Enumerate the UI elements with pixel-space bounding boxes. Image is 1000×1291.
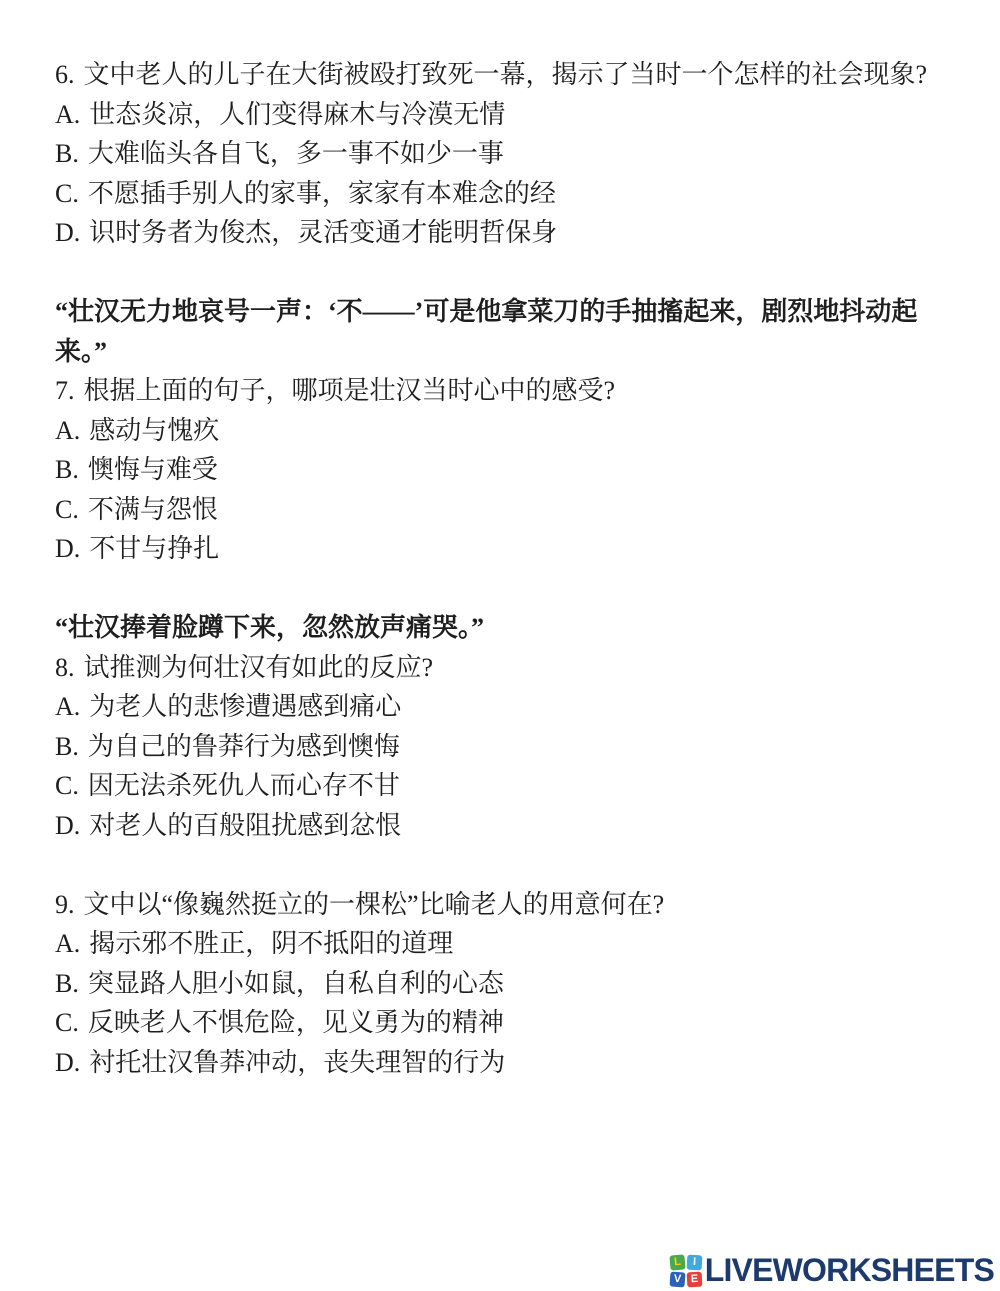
option-b-label: B.: [55, 455, 79, 484]
option-a-label: A.: [55, 416, 80, 445]
option-b-label: B.: [55, 969, 79, 998]
question-7: 7.根据上面的句子，哪项是壮汉当时心中的感受? A.感动与愧疚 B.懊悔与难受 …: [55, 371, 942, 569]
question-7-text: 根据上面的句子，哪项是壮汉当时心中的感受?: [84, 376, 616, 405]
question-9-number: 9.: [55, 890, 75, 919]
option-a-label: A.: [55, 692, 80, 721]
quote-1-text: “壮汉无力地哀号一声：‘不——’可是他拿菜刀的手抽搐起来，剧烈地抖动起来。”: [55, 292, 942, 371]
option-c-label: C.: [55, 179, 79, 208]
question-6-number: 6.: [55, 60, 75, 89]
option-d-label: D.: [55, 218, 80, 247]
question-6-option-b: B.大难临头各自飞，多一事不如少一事: [55, 134, 942, 174]
option-b-text: 大难临头各自飞，多一事不如少一事: [88, 139, 504, 168]
question-6-prompt: 6.文中老人的儿子在大街被殴打致死一幕，揭示了当时一个怎样的社会现象?: [55, 55, 942, 95]
option-b-text: 懊悔与难受: [88, 455, 218, 484]
option-c-label: C.: [55, 771, 79, 800]
question-7-option-a: A.感动与愧疚: [55, 411, 942, 451]
quote-2-text: “壮汉捧着脸蹲下来，忽然放声痛哭。”: [55, 608, 942, 648]
question-9: 9.文中以“像巍然挺立的一棵松”比喻老人的用意何在? A.揭示邪不胜正，阴不抵阳…: [55, 885, 942, 1083]
option-b-label: B.: [55, 139, 79, 168]
option-a-text: 揭示邪不胜正，阴不抵阳的道理: [89, 929, 453, 958]
option-c-text: 反映老人不惧危险，见义勇为的精神: [88, 1008, 504, 1037]
logo-tile-i: I: [686, 1254, 702, 1270]
option-b-label: B.: [55, 732, 79, 761]
question-8-text: 试推测为何壮汉有如此的反应?: [84, 653, 434, 682]
question-9-prompt: 9.文中以“像巍然挺立的一棵松”比喻老人的用意何在?: [55, 885, 942, 925]
question-6-option-d: D.识时务者为俊杰，灵活变通才能明哲保身: [55, 213, 942, 253]
question-6-option-a: A.世态炎凉，人们变得麻木与冷漠无情: [55, 95, 942, 135]
option-d-text: 不甘与挣扎: [89, 534, 219, 563]
question-6-text: 文中老人的儿子在大街被殴打致死一幕，揭示了当时一个怎样的社会现象?: [84, 60, 928, 89]
option-b-text: 突显路人胆小如鼠，自私自利的心态: [88, 969, 504, 998]
question-7-option-c: C.不满与怨恨: [55, 490, 942, 530]
option-d-label: D.: [55, 534, 80, 563]
option-d-text: 对老人的百般阻扰感到忿恨: [89, 811, 401, 840]
question-8-option-c: C.因无法杀死仇人而心存不甘: [55, 766, 942, 806]
option-a-text: 世态炎凉，人们变得麻木与冷漠无情: [89, 100, 505, 129]
question-6-option-c: C.不愿插手别人的家事，家家有本难念的经: [55, 174, 942, 214]
option-a-text: 感动与愧疚: [89, 416, 219, 445]
option-b-text: 为自己的鲁莽行为感到懊悔: [88, 732, 400, 761]
quote-passage-1: “壮汉无力地哀号一声：‘不——’可是他拿菜刀的手抽搐起来，剧烈地抖动起来。”: [55, 292, 942, 371]
question-7-prompt: 7.根据上面的句子，哪项是壮汉当时心中的感受?: [55, 371, 942, 411]
option-d-text: 识时务者为俊杰，灵活变通才能明哲保身: [89, 218, 557, 247]
question-8-prompt: 8.试推测为何壮汉有如此的反应?: [55, 648, 942, 688]
option-a-text: 为老人的悲惨遭遇感到痛心: [89, 692, 401, 721]
option-c-text: 因无法杀死仇人而心存不甘: [88, 771, 400, 800]
question-8-option-a: A.为老人的悲惨遭遇感到痛心: [55, 687, 942, 727]
question-7-option-d: D.不甘与挣扎: [55, 529, 942, 569]
question-9-text: 文中以“像巍然挺立的一棵松”比喻老人的用意何在?: [84, 890, 665, 919]
quote-passage-2: “壮汉捧着脸蹲下来，忽然放声痛哭。”: [55, 608, 942, 648]
question-9-option-b: B.突显路人胆小如鼠，自私自利的心态: [55, 964, 942, 1004]
question-8-number: 8.: [55, 653, 75, 682]
logo-tile-l: L: [669, 1254, 685, 1270]
option-d-label: D.: [55, 811, 80, 840]
question-7-option-b: B.懊悔与难受: [55, 450, 942, 490]
option-a-label: A.: [55, 929, 80, 958]
option-a-label: A.: [55, 100, 80, 129]
question-8-option-d: D.对老人的百般阻扰感到忿恨: [55, 806, 942, 846]
question-6: 6.文中老人的儿子在大街被殴打致死一幕，揭示了当时一个怎样的社会现象? A.世态…: [55, 55, 942, 253]
liveworksheets-logo[interactable]: L I V E LIVEWORKSHEETS: [670, 1252, 994, 1289]
logo-tile-v: V: [669, 1271, 685, 1287]
liveworksheets-wordmark: LIVEWORKSHEETS: [705, 1252, 994, 1289]
option-d-label: D.: [55, 1048, 80, 1077]
option-c-label: C.: [55, 495, 79, 524]
question-9-option-d: D.衬托壮汉鲁莽冲动，丧失理智的行为: [55, 1043, 942, 1083]
option-c-text: 不愿插手别人的家事，家家有本难念的经: [88, 179, 556, 208]
question-9-option-a: A.揭示邪不胜正，阴不抵阳的道理: [55, 924, 942, 964]
question-7-number: 7.: [55, 376, 75, 405]
liveworksheets-logo-icon: L I V E: [670, 1255, 702, 1287]
question-9-option-c: C.反映老人不惧危险，见义勇为的精神: [55, 1003, 942, 1043]
option-d-text: 衬托壮汉鲁莽冲动，丧失理智的行为: [89, 1048, 505, 1077]
option-c-text: 不满与怨恨: [88, 495, 218, 524]
option-c-label: C.: [55, 1008, 79, 1037]
question-8-option-b: B.为自己的鲁莽行为感到懊悔: [55, 727, 942, 767]
logo-tile-e: E: [686, 1271, 702, 1287]
question-8: 8.试推测为何壮汉有如此的反应? A.为老人的悲惨遭遇感到痛心 B.为自己的鲁莽…: [55, 648, 942, 846]
worksheet-page: 6.文中老人的儿子在大街被殴打致死一幕，揭示了当时一个怎样的社会现象? A.世态…: [0, 0, 1000, 1082]
